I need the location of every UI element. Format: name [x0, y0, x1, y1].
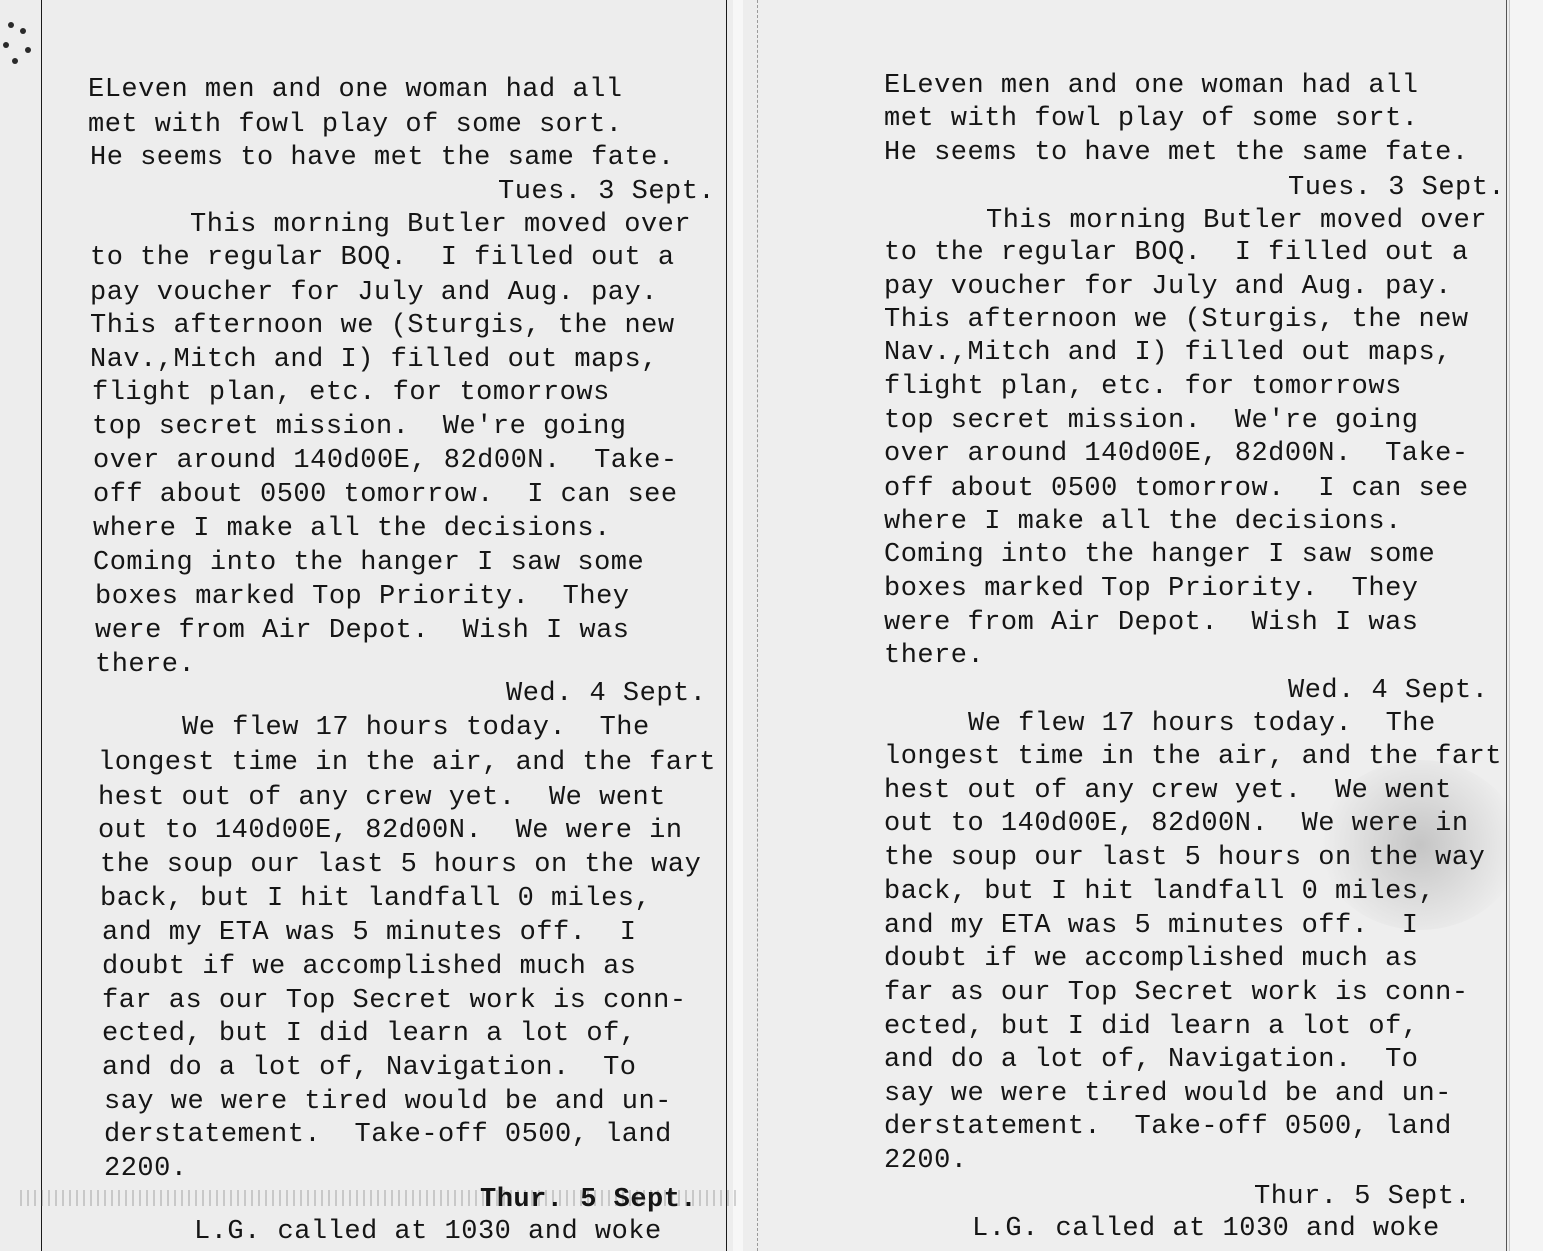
text-line: back, but I hit landfall 0 miles, [100, 882, 651, 916]
text-line: far as our Top Secret work is conn- [884, 976, 1469, 1010]
text-line: where I make all the decisions. [884, 505, 1402, 539]
text-line: This morning Butler moved over [190, 208, 691, 242]
text-line: This afternoon we (Sturgis, the new [884, 303, 1469, 337]
text-line: derstatement. Take-off 0500, land [884, 1110, 1452, 1144]
text-line: He seems to have met the same fate. [90, 141, 675, 175]
text-line: derstatement. Take-off 0500, land [104, 1118, 672, 1152]
text-line: to the regular BOQ. I filled out a [90, 241, 675, 275]
text-line: Coming into the hanger I saw some [884, 538, 1435, 572]
text-line: hest out of any crew yet. We went [884, 774, 1452, 808]
text-line: and do a lot of, Navigation. To [102, 1051, 636, 1085]
text-line: 2200. [104, 1152, 188, 1186]
text-line: boxes marked Top Priority. They [884, 572, 1418, 606]
text-line: where I make all the decisions. [93, 512, 611, 546]
ink-speck [12, 58, 18, 64]
text-line: This morning Butler moved over [986, 204, 1487, 238]
text-line: ected, but I did learn a lot of, [102, 1017, 636, 1051]
text-line: over around 140d00E, 82d00N. Take- [884, 437, 1469, 471]
ink-speck [20, 28, 26, 34]
text-line: boxes marked Top Priority. They [95, 580, 629, 614]
text-line: Nav.,Mitch and I) filled out maps, [90, 343, 658, 377]
text-line: far as our Top Secret work is conn- [102, 984, 687, 1018]
left-page-text: ELeven men and one woman had all met wit… [88, 0, 748, 1110]
ink-speck [8, 22, 14, 28]
text-line: and my ETA was 5 minutes off. I [884, 909, 1418, 943]
text-line: say we were tired would be and un- [884, 1077, 1452, 1111]
text-line: longest time in the air, and the fart [98, 746, 716, 780]
text-line: there. [95, 648, 195, 682]
text-line: top secret mission. We're going [884, 404, 1418, 438]
text-line: top secret mission. We're going [92, 410, 626, 444]
text-line: were from Air Depot. Wish I was [884, 606, 1418, 640]
text-line: to the regular BOQ. I filled out a [884, 236, 1469, 270]
date-heading-tues: Tues. 3 Sept. [498, 175, 715, 209]
text-line: out to 140d00E, 82d00N. We were in [884, 807, 1469, 841]
ink-speck [25, 47, 31, 53]
fold-line [757, 0, 759, 1251]
text-line: We flew 17 hours today. The [968, 707, 1436, 741]
text-line: This afternoon we (Sturgis, the new [90, 309, 675, 343]
text-line: the soup our last 5 hours on the way [884, 841, 1485, 875]
text-line: longest time in the air, and the fart [884, 740, 1502, 774]
date-heading-thur: Thur. 5 Sept. [1254, 1180, 1471, 1214]
text-line: 2200. [884, 1144, 968, 1178]
text-line: back, but I hit landfall 0 miles, [884, 875, 1435, 909]
text-line: over around 140d00E, 82d00N. Take- [93, 444, 678, 478]
text-line: flight plan, etc. for tomorrows [884, 370, 1402, 404]
date-heading-wed: Wed. 4 Sept. [506, 677, 706, 711]
text-line: L.G. called at 1030 and woke [972, 1212, 1440, 1246]
text-line: flight plan, etc. for tomorrows [92, 376, 610, 410]
text-line: off about 0500 tomorrow. I can see [884, 472, 1469, 506]
date-heading-wed: Wed. 4 Sept. [1288, 674, 1488, 708]
text-line: doubt if we accomplished much as [884, 942, 1418, 976]
text-line: there. [884, 639, 984, 673]
date-heading-thur: Thur. 5 Sept. [480, 1183, 697, 1217]
text-line: met with fowl play of some sort. [884, 102, 1418, 136]
text-line: pay voucher for July and Aug. pay. [884, 270, 1452, 304]
text-line: say we were tired would be and un- [104, 1085, 672, 1119]
text-line: hest out of any crew yet. We went [98, 781, 666, 815]
text-line: pay voucher for July and Aug. pay. [90, 276, 658, 310]
text-line: out to 140d00E, 82d00N. We were in [98, 814, 683, 848]
text-line: Coming into the hanger I saw some [93, 546, 644, 580]
text-line: Nav.,Mitch and I) filled out maps, [884, 336, 1452, 370]
text-line: He seems to have met the same fate. [884, 136, 1469, 170]
text-line: met with fowl play of some sort. [88, 108, 622, 142]
left-page-copy: ELeven men and one woman had all met wit… [0, 0, 760, 1251]
text-line: ELeven men and one woman had all [88, 73, 622, 107]
date-heading-tues: Tues. 3 Sept. [1288, 171, 1505, 205]
scanned-document: ELeven men and one woman had all met wit… [0, 0, 1543, 1251]
text-line: the soup our last 5 hours on the way [100, 848, 701, 882]
text-line: doubt if we accomplished much as [102, 950, 636, 984]
text-line: were from Air Depot. Wish I was [95, 614, 629, 648]
text-line: ELeven men and one woman had all [884, 69, 1418, 103]
text-line: ected, but I did learn a lot of, [884, 1010, 1418, 1044]
text-line: We flew 17 hours today. The [182, 711, 650, 745]
ink-speck [3, 42, 9, 48]
left-page-left-border [41, 0, 42, 1251]
text-line: L.G. called at 1030 and woke [194, 1215, 662, 1249]
right-page-text: ELeven men and one woman had all met wit… [884, 0, 1524, 1110]
text-line: and my ETA was 5 minutes off. I [102, 916, 636, 950]
text-line: off about 0500 tomorrow. I can see [93, 478, 678, 512]
text-line: and do a lot of, Navigation. To [884, 1043, 1418, 1077]
